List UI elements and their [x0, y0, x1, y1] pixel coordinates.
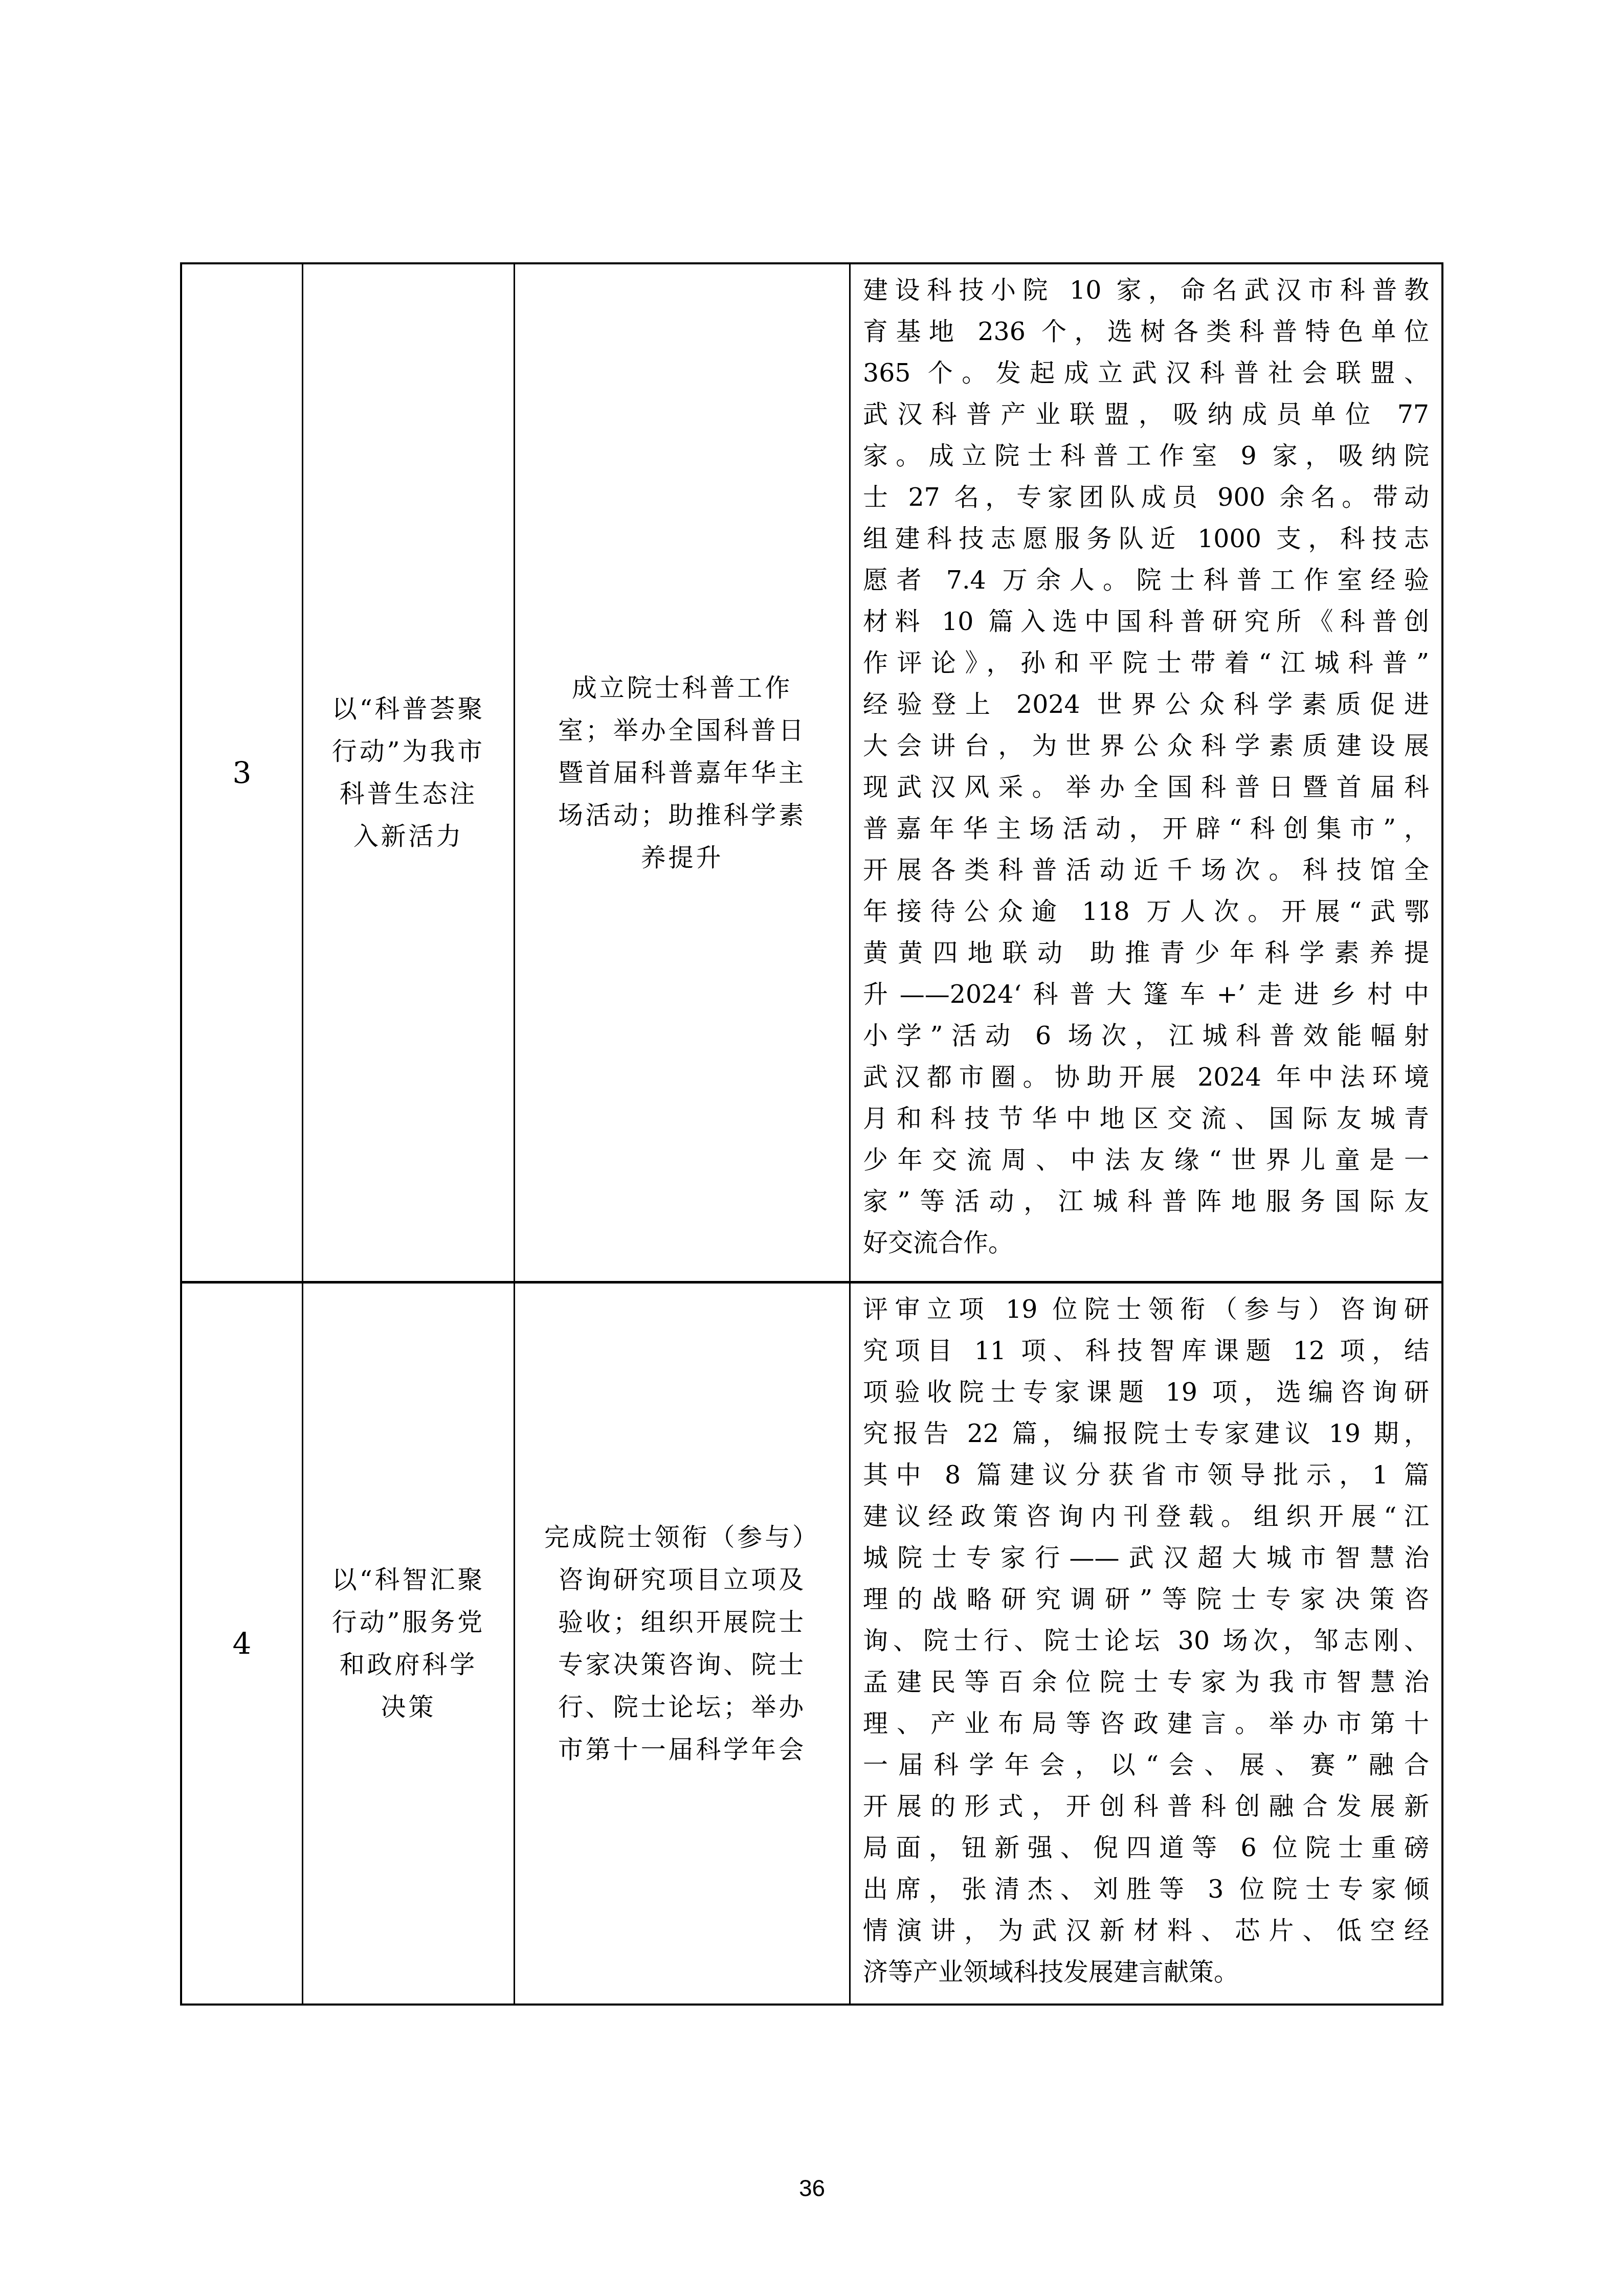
text-line: 其中 8 篇建议分获省市领导批示，1 篇: [863, 1454, 1429, 1496]
text-line: 建议经政策咨询内刊登载。组织开展“江: [863, 1496, 1429, 1537]
text-line: 经验登上 2024 世界公众科学素质促进: [863, 684, 1429, 725]
text-line: 愿者 7.4 万余人。院士科普工作室经验: [863, 559, 1429, 601]
page-number: 36: [0, 2174, 1624, 2202]
text-line: 场活动；助推科学素: [522, 794, 842, 837]
text-line: 究报告 22 篇，编报院士专家建议 19 期，: [863, 1413, 1429, 1454]
row-index-cell: 3: [182, 264, 303, 1281]
text-line: 作评论》，孙和平院士带着“江城科普”: [863, 642, 1429, 684]
text-line: 成立院士科普工作: [522, 667, 842, 709]
tasks-cell: 完成院士领衔（参与）咨询研究项目立项及验收；组织开展院士专家决策咨询、院士行、院…: [515, 1284, 851, 2004]
text-line: 以“科普荟聚: [310, 688, 506, 730]
text-line: 行、院士论坛；举办: [522, 1686, 842, 1728]
text-line: 武汉都市圈。协助开展 2024 年中法环境: [863, 1056, 1429, 1098]
text-line: 材料 10 篇入选中国科普研究所《科普创: [863, 601, 1429, 642]
text-line: 科普生态注: [310, 773, 506, 815]
action-name-cell: 以“科普荟聚行动”为我市科普生态注入新活力: [303, 264, 515, 1281]
report-table: 3 以“科普荟聚行动”为我市科普生态注入新活力 成立院士科普工作室；举办全国科普…: [180, 262, 1443, 2006]
text-line: 升——2024‘科普大篷车+’走进乡村中: [863, 974, 1429, 1015]
text-line: 小学”活动 6 场次，江城科普效能幅射: [863, 1015, 1429, 1056]
text-line: 完成院士领衔（参与）: [522, 1516, 842, 1559]
text-line: 好交流合作。: [863, 1222, 1429, 1264]
text-line: 城院士专家行——武汉超大城市智慧治: [863, 1537, 1429, 1579]
text-line: 现武汉风采。举办全国科普日暨首届科: [863, 767, 1429, 808]
text-line: 和政府科学: [310, 1644, 506, 1686]
text-line: 暨首届科普嘉年华主: [522, 752, 842, 794]
text-line: 局面，钮新强、倪四道等 6 位院士重磅: [863, 1827, 1429, 1869]
text-line: 项验收院士专家课题 19 项，选编咨询研: [863, 1371, 1429, 1413]
text-line: 建设科技小院 10 家，命名武汉市科普教: [863, 269, 1429, 311]
text-line: 行动”服务党: [310, 1601, 506, 1644]
action-name-cell: 以“科智汇聚行动”服务党和政府科学决策: [303, 1284, 515, 2004]
text-line: 一届科学年会，以“会、展、赛”融合: [863, 1744, 1429, 1786]
text-line: 验收；组织开展院士: [522, 1601, 842, 1644]
text-line: 家”等活动，江城科普阵地服务国际友: [863, 1181, 1429, 1222]
text-line: 开展的形式，开创科普科创融合发展新: [863, 1786, 1429, 1827]
table-row-3: 3 以“科普荟聚行动”为我市科普生态注入新活力 成立院士科普工作室；举办全国科普…: [182, 264, 1441, 1284]
text-line: 究项目 11 项、科技智库课题 12 项，结: [863, 1330, 1429, 1371]
text-line: 大会讲台，为世界公众科学素质建设展: [863, 725, 1429, 767]
text-line: 行动”为我市: [310, 730, 506, 773]
text-line: 市第十一届科学年会: [522, 1728, 842, 1771]
text-line: 黄黄四地联动 助推青少年科学素养提: [863, 932, 1429, 974]
text-line: 专家决策咨询、院士: [522, 1644, 842, 1686]
table-row-4: 4 以“科智汇聚行动”服务党和政府科学决策 完成院士领衔（参与）咨询研究项目立项…: [182, 1284, 1441, 2004]
text-line: 以“科智汇聚: [310, 1559, 506, 1601]
text-line: 育基地 236 个，选树各类科普特色单位: [863, 311, 1429, 352]
row-index: 3: [233, 755, 252, 790]
text-line: 入新活力: [310, 815, 506, 858]
text-line: 决策: [310, 1686, 506, 1728]
document-page: 3 以“科普荟聚行动”为我市科普生态注入新活力 成立院士科普工作室；举办全国科普…: [0, 0, 1624, 2296]
text-line: 情演讲，为武汉新材料、芯片、低空经: [863, 1910, 1429, 1951]
text-line: 养提升: [522, 837, 842, 879]
text-line: 济等产业领域科技发展建言献策。: [863, 1951, 1429, 1993]
text-line: 家。成立院士科普工作室 9 家，吸纳院: [863, 435, 1429, 477]
text-line: 出席，张清杰、刘胜等 3 位院士专家倾: [863, 1869, 1429, 1910]
text-line: 士 27 名，专家团队成员 900 余名。带动: [863, 477, 1429, 518]
text-line: 评审立项 19 位院士领衔（参与）咨询研: [863, 1289, 1429, 1330]
text-line: 询、院士行、院士论坛 30 场次，邹志刚、: [863, 1620, 1429, 1661]
text-line: 月和科技节华中地区交流、国际友城青: [863, 1098, 1429, 1139]
tasks-cell: 成立院士科普工作室；举办全国科普日暨首届科普嘉年华主场活动；助推科学素养提升: [515, 264, 851, 1281]
text-line: 普嘉年华主场活动，开辟“科创集市”，: [863, 808, 1429, 849]
row-index: 4: [233, 1626, 252, 1661]
text-line: 武汉科普产业联盟，吸纳成员单位 77: [863, 394, 1429, 435]
text-line: 组建科技志愿服务队近 1000 支，科技志: [863, 518, 1429, 559]
text-line: 少年交流周、中法友缘“世界儿童是一: [863, 1139, 1429, 1181]
text-line: 365 个。发起成立武汉科普社会联盟、: [863, 352, 1429, 394]
text-line: 理、产业布局等咨政建言。举办市第十: [863, 1703, 1429, 1744]
text-line: 年接待公众逾 118 万人次。开展“武鄂: [863, 891, 1429, 932]
text-line: 室；举办全国科普日: [522, 709, 842, 752]
results-cell: 建设科技小院 10 家，命名武汉市科普教育基地 236 个，选树各类科普特色单位…: [851, 264, 1441, 1281]
text-line: 咨询研究项目立项及: [522, 1559, 842, 1601]
results-cell: 评审立项 19 位院士领衔（参与）咨询研究项目 11 项、科技智库课题 12 项…: [851, 1284, 1441, 2004]
text-line: 开展各类科普活动近千场次。科技馆全: [863, 849, 1429, 891]
text-line: 孟建民等百余位院士专家为我市智慧治: [863, 1661, 1429, 1703]
text-line: 理的战略研究调研”等院士专家决策咨: [863, 1579, 1429, 1620]
row-index-cell: 4: [182, 1284, 303, 2004]
